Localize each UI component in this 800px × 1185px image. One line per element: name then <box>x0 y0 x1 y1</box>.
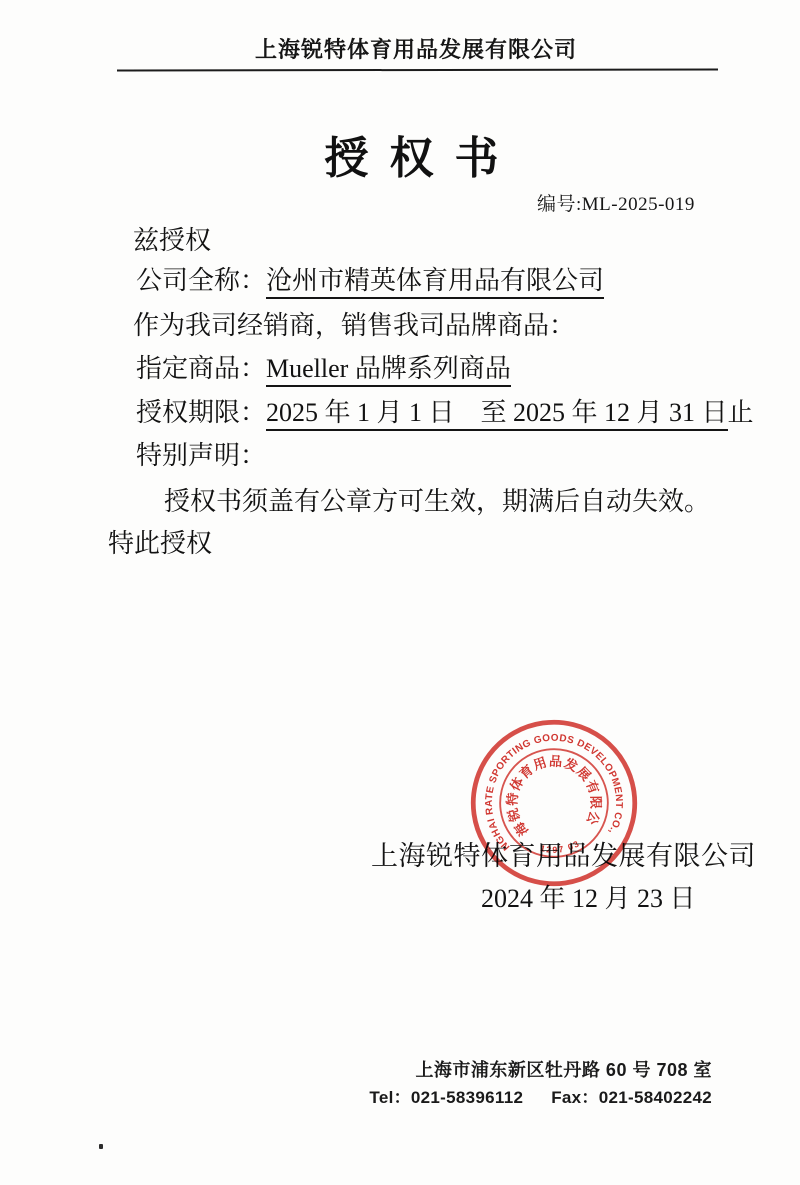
letterhead-company-name: 上海锐特体育用品发展有限公司 <box>0 37 800 62</box>
body-line-authorization-period: 授权期限：2025 年 1 月 1 日 至 2025 年 12 月 31 日止 <box>136 398 754 428</box>
body-line-hereby-authorize: 特此授权 <box>108 529 212 559</box>
footer-tel: Tel：021-58396112 <box>369 1088 523 1107</box>
footer-contact: Tel：021-58396112Fax：021-58402242 <box>369 1088 712 1108</box>
designated-goods-value: Mueller 品牌系列商品 <box>266 354 511 387</box>
designated-goods-label: 指定商品： <box>136 354 266 383</box>
body-line-dealer-statement: 作为我司经销商，销售我司品牌商品： <box>133 311 575 341</box>
footer-fax: Fax：021-58402242 <box>551 1088 712 1107</box>
company-name-value: 沧州市精英体育用品有限公司 <box>266 266 604 299</box>
scanned-authorization-letter: 上海锐特体育用品发展有限公司 授 权 书 编号:ML-2025-019 兹授权 … <box>0 0 800 1185</box>
authorization-period-label: 授权期限： <box>136 398 266 427</box>
body-line-authorize: 兹授权 <box>133 226 211 256</box>
scan-artifact-speck <box>99 1144 103 1149</box>
body-line-company-name: 公司全称：沧州市精英体育用品有限公司 <box>136 266 604 296</box>
body-line-designated-goods: 指定商品：Mueller 品牌系列商品 <box>136 354 511 384</box>
company-seal-stamp: SHANGHAI RATE SPORTING GOODS DEVELOPMENT… <box>455 704 654 903</box>
letterhead-divider <box>117 68 718 71</box>
document-title: 授 权 书 <box>0 134 800 185</box>
seal-registration-code: 1297 03 <box>538 837 583 857</box>
footer-address: 上海市浦东新区牡丹路 60 号 708 室 <box>415 1060 712 1081</box>
company-name-label: 公司全称： <box>136 266 266 295</box>
body-line-validity-clause: 授权书须盖有公章方可生效，期满后自动失效。 <box>164 487 710 517</box>
body-line-special-statement: 特别声明： <box>136 441 266 471</box>
document-number: 编号:ML-2025-019 <box>537 194 695 216</box>
authorization-period-suffix: 止 <box>728 398 754 427</box>
authorization-period-value: 2025 年 1 月 1 日 至 2025 年 12 月 31 日 <box>266 398 728 431</box>
